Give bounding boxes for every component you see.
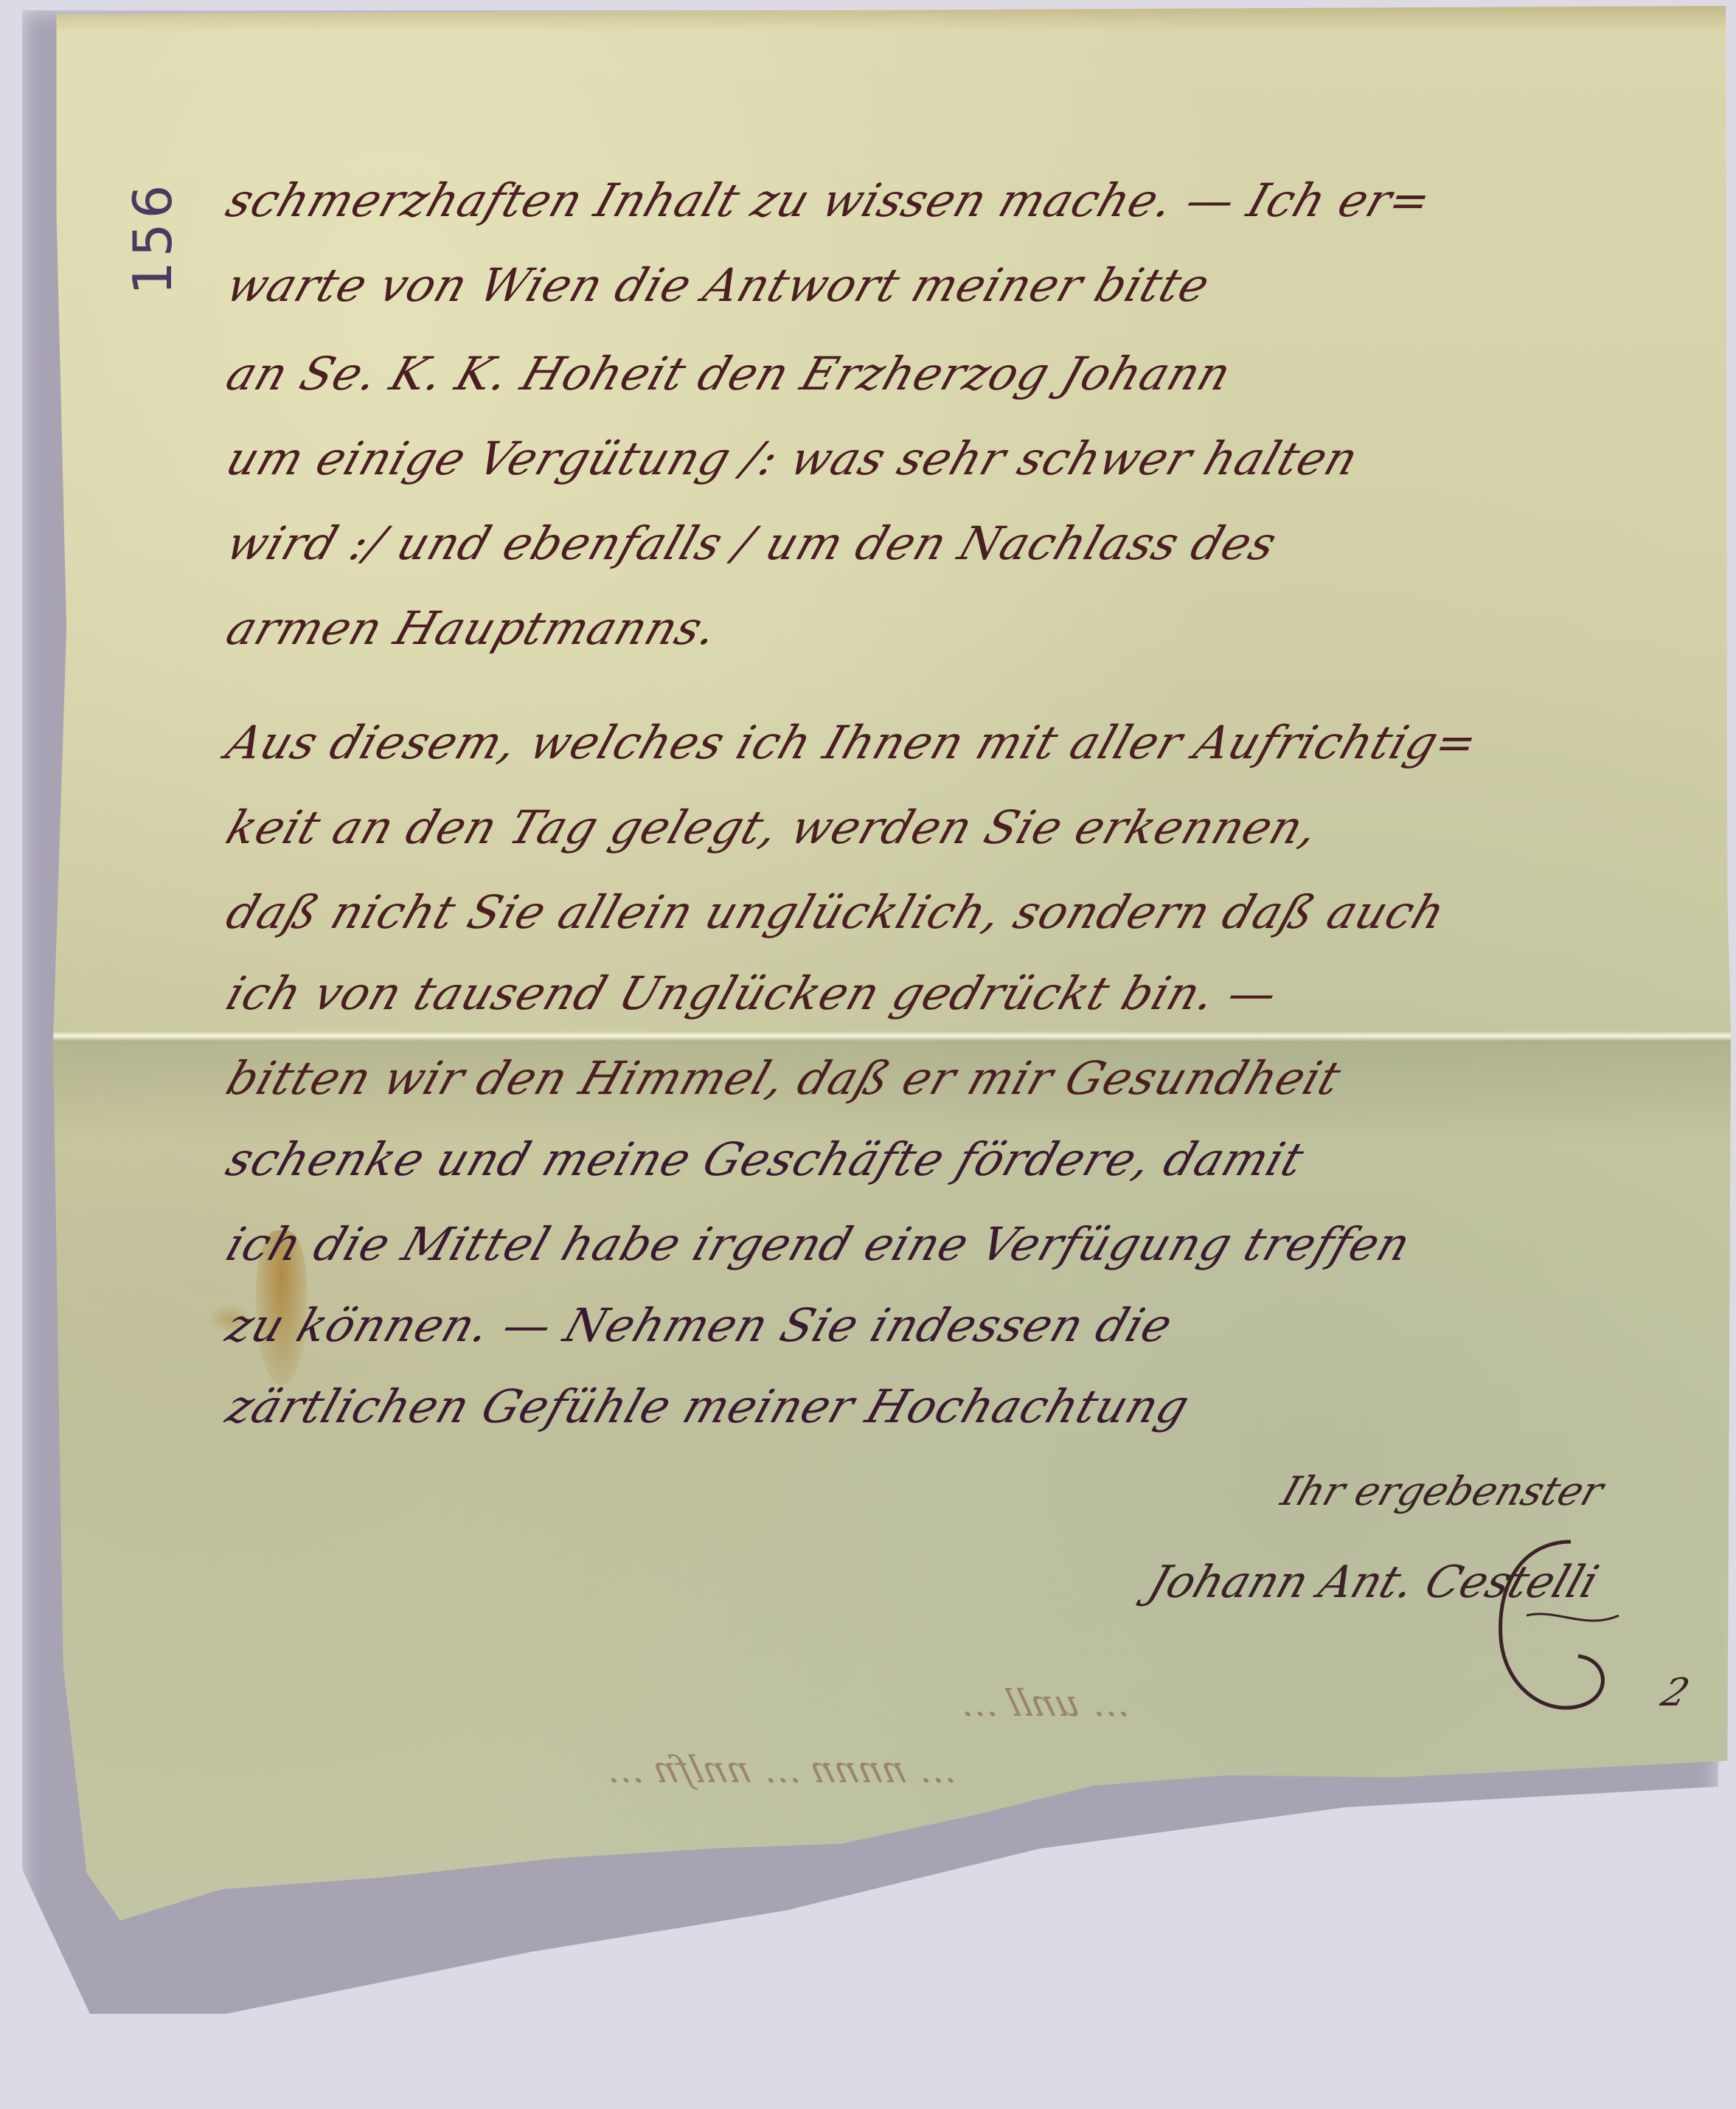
- text-line: daß nicht Sie allein unglücklich, sonder…: [220, 885, 1452, 939]
- valediction: Ihr ergebenster: [1276, 1468, 1609, 1514]
- text-line: zärtlichen Gefühle meiner Hochachtung: [220, 1379, 1196, 1433]
- text-line: keit an den Tag gelegt, werden Sie erken…: [220, 800, 1326, 854]
- fold-crease: [53, 1031, 1731, 1042]
- text-line: ich die Mittel habe irgend eine Verfügun…: [220, 1217, 1417, 1271]
- text-line: wird :/ und ebenfalls / um den Nachlass …: [220, 516, 1284, 570]
- text-line: ich von tausend Unglücken gedrückt bin. …: [220, 966, 1285, 1020]
- text-line: um einige Vergütung /: was sehr schwer h…: [220, 432, 1365, 485]
- archive-page-number: 156: [122, 181, 184, 295]
- text-line: an Se. K. K. Hoheit den Erzherzog Johann: [220, 347, 1238, 401]
- text-line: schenke und meine Geschäfte fördere, dam…: [220, 1132, 1311, 1186]
- paper-top-discoloration: [53, 6, 1731, 32]
- text-line: Aus diesem, welches ich Ihnen mit aller …: [220, 716, 1485, 769]
- text-line: zu können. — Nehmen Sie indessen die: [220, 1298, 1180, 1352]
- text-line: warte von Wien die Antwort meiner bitte: [220, 258, 1217, 312]
- signature-flourish: [1482, 1534, 1630, 1726]
- text-line: armen Hauptmanns.: [220, 601, 725, 655]
- bleed-through-text: … nnnn … nnlfn …: [599, 1748, 959, 1791]
- text-line: schmerzhaften Inhalt zu wissen mache. — …: [220, 173, 1438, 227]
- bleed-through-text: … unll …: [953, 1682, 1133, 1725]
- text-line: bitten wir den Himmel, daß er mir Gesund…: [220, 1051, 1348, 1105]
